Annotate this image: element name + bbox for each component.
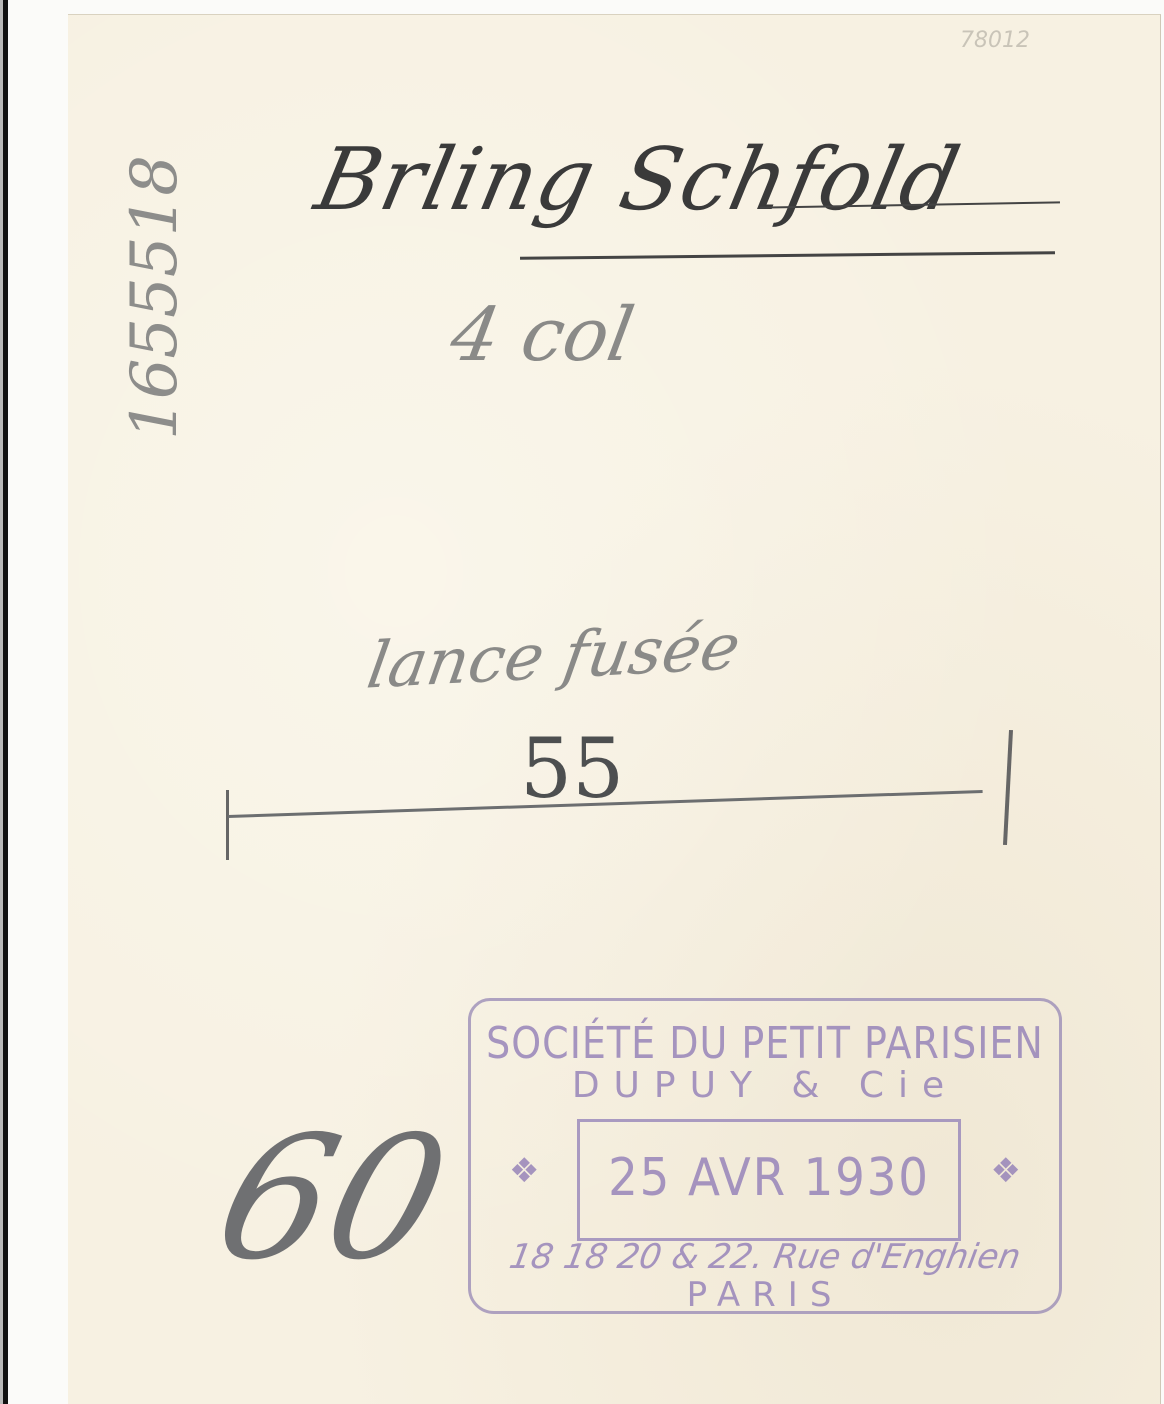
title-inscription: Brling Schfold (307, 130, 968, 230)
vertical-inventory-number: 1655518 (118, 155, 192, 440)
dimension-tick-left (226, 790, 229, 860)
stamp-company-name: SOCIÉTÉ DU PETIT PARISIEN (471, 1018, 1059, 1069)
stamp-address: 18 18 20 & 22. Rue d'Enghien (467, 1237, 1062, 1277)
fleuron-icon: ❖ (509, 1151, 539, 1191)
publisher-stamp: SOCIÉTÉ DU PETIT PARISIEN DUPUY & Cie ❖ … (468, 998, 1062, 1314)
stamp-date: 25 AVR 1930 (599, 1148, 939, 1208)
fleuron-icon: ❖ (991, 1151, 1021, 1191)
column-note: 4 col (444, 292, 639, 378)
scan-edge-bar (0, 0, 8, 1404)
stamp-company-owner: DUPUY & Cie (471, 1065, 1059, 1106)
stamp-city: PARIS (471, 1275, 1059, 1315)
corner-reference-number: 78012 (960, 28, 1030, 53)
stamp-date-box: 25 AVR 1930 (577, 1119, 961, 1241)
